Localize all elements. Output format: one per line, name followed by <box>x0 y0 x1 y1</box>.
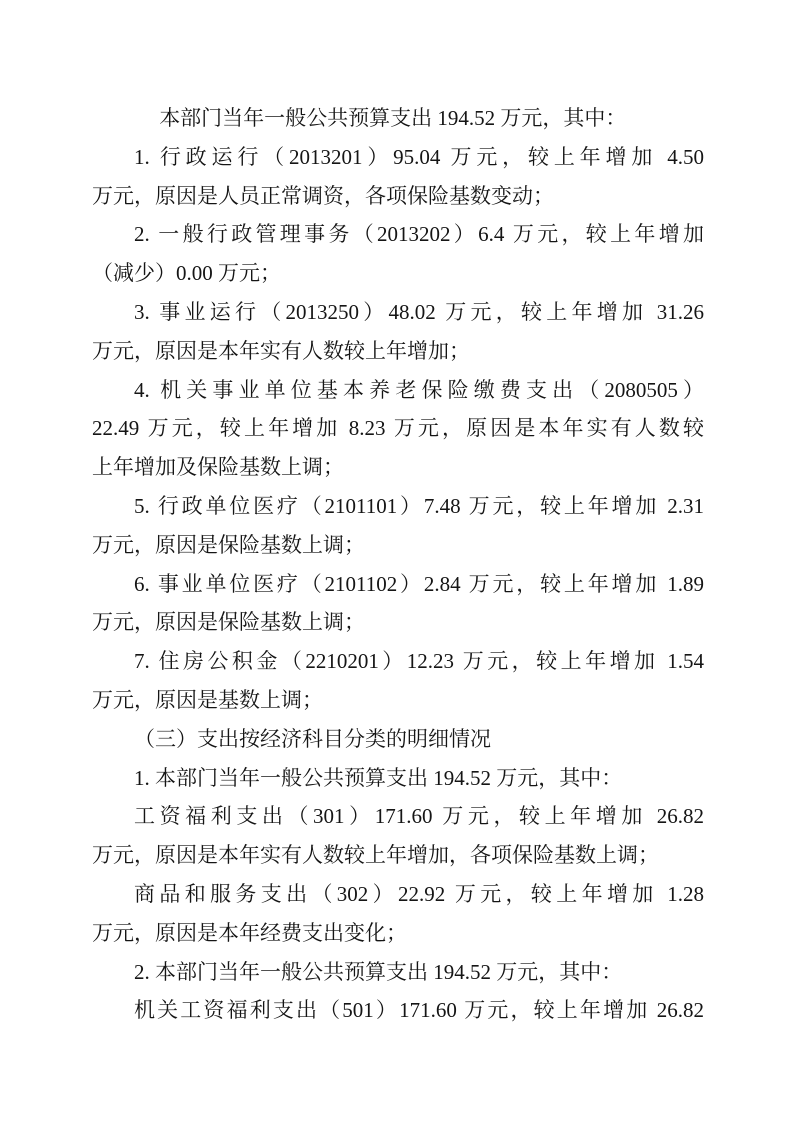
text-line: 1. 行政运行（2013201）95.04 万元，较上年增加 4.50 <box>92 138 704 177</box>
text-line: 万元，原因是基数上调； <box>92 681 704 720</box>
text-line: 万元，原因是本年实有人数较上年增加； <box>92 332 704 371</box>
text-line: 2. 本部门当年一般公共预算支出 194.52 万元，其中： <box>92 953 704 992</box>
text-line: 工资福利支出（301）171.60 万元，较上年增加 26.82 <box>92 797 704 836</box>
document-page: 本部门当年一般公共预算支出 194.52 万元，其中：1. 行政运行（20132… <box>0 0 793 1122</box>
text-line: 万元，原因是人员正常调资，各项保险基数变动； <box>92 177 704 216</box>
text-line: 本部门当年一般公共预算支出 194.52 万元，其中： <box>92 99 704 138</box>
text-line: 万元，原因是本年实有人数较上年增加，各项保险基数上调； <box>92 836 704 875</box>
document-content: 本部门当年一般公共预算支出 194.52 万元，其中：1. 行政运行（20132… <box>92 99 704 1030</box>
text-line: 7. 住房公积金（2210201）12.23 万元，较上年增加 1.54 <box>92 642 704 681</box>
text-line: 机关工资福利支出（501）171.60 万元，较上年增加 26.82 <box>92 991 704 1030</box>
text-line: 22.49 万元，较上年增加 8.23 万元，原因是本年实有人数较 <box>92 409 704 448</box>
text-line: 万元，原因是保险基数上调； <box>92 526 704 565</box>
text-line: 上年增加及保险基数上调； <box>92 448 704 487</box>
text-line: 4. 机关事业单位基本养老保险缴费支出（2080505） <box>92 371 704 410</box>
text-line: 2. 一般行政管理事务（2013202）6.4 万元，较上年增加 <box>92 215 704 254</box>
text-line: （减少）0.00 万元； <box>92 254 704 293</box>
text-line: 6. 事业单位医疗（2101102）2.84 万元，较上年增加 1.89 <box>92 565 704 604</box>
text-line: 5. 行政单位医疗（2101101）7.48 万元，较上年增加 2.31 <box>92 487 704 526</box>
text-line: 1. 本部门当年一般公共预算支出 194.52 万元，其中： <box>92 759 704 798</box>
text-line: 商品和服务支出（302）22.92 万元，较上年增加 1.28 <box>92 875 704 914</box>
text-line: 万元，原因是保险基数上调； <box>92 603 704 642</box>
text-line: 万元，原因是本年经费支出变化； <box>92 914 704 953</box>
text-line: 3. 事业运行（2013250）48.02 万元，较上年增加 31.26 <box>92 293 704 332</box>
text-line: （三）支出按经济科目分类的明细情况 <box>92 720 704 759</box>
